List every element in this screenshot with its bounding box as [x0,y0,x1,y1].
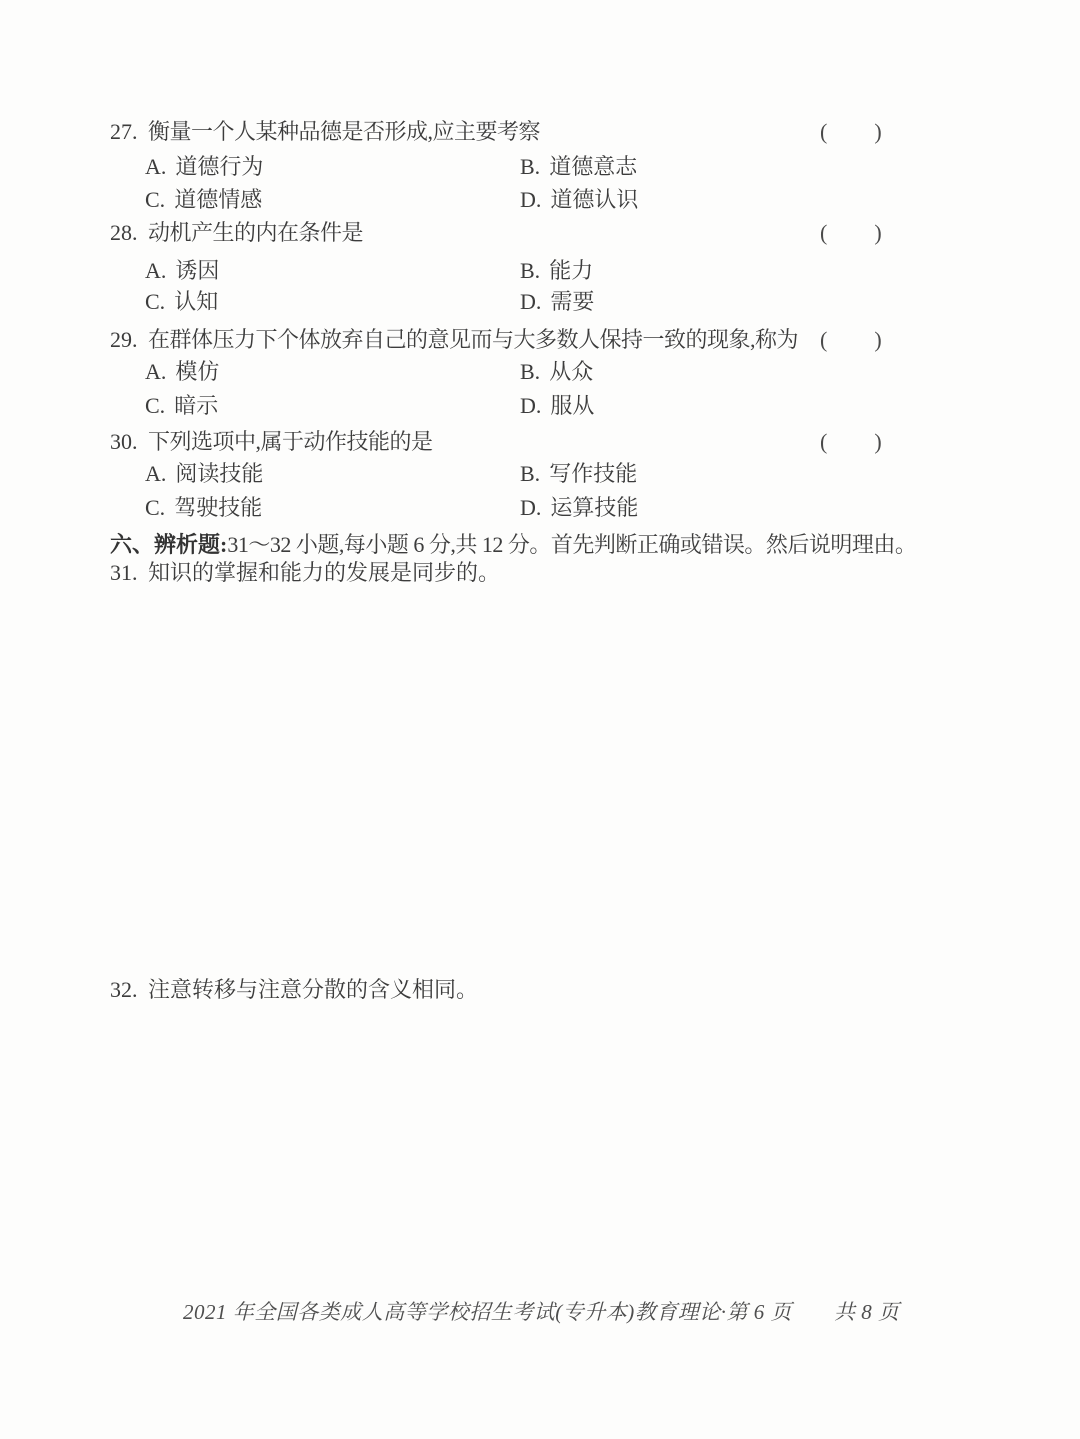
option-row: C. 道德情感 D. 道德认识 [0,183,1080,217]
question-text: 在群体压力下个体放弃自己的意见而与大多数人保持一致的现象,称为 [148,323,798,357]
option-c: C. 驾驶技能 [145,491,262,525]
question-31: 31. 知识的掌握和能力的发展是同步的。 [0,556,1080,590]
option-text: 驾驶技能 [174,491,262,525]
question-text: 衡量一个人某种品德是否形成,应主要考察 [148,115,540,149]
option-d: D. 道德认识 [520,183,638,217]
answer-brackets: ( ) [820,216,883,250]
option-b: B. 道德意志 [520,150,637,184]
question-text: 知识的掌握和能力的发展是同步的。 [148,556,500,590]
option-text: 写作技能 [549,457,637,491]
option-c: C. 认知 [145,285,218,319]
option-label: B. [520,254,540,288]
question-number: 28. [110,216,138,250]
page-footer: 2021 年全国各类成人高等学校招生考试(专升本)教育理论·第 6 页 共 8 … [183,1295,899,1329]
option-text: 需要 [550,285,594,319]
question-text: 下列选项中,属于动作技能的是 [148,425,433,459]
option-label: A. [145,457,166,491]
option-text: 模仿 [175,355,219,389]
option-label: B. [520,355,540,389]
option-text: 道德认识 [550,183,638,217]
option-c: C. 道德情感 [145,183,262,217]
option-label: D. [520,285,541,319]
option-label: D. [520,491,541,525]
footer-total-pages: 共 8 页 [834,1295,900,1329]
option-a: A. 道德行为 [145,150,263,184]
option-label: C. [145,183,165,217]
option-a: A. 模仿 [145,355,219,389]
option-d: D. 需要 [520,285,594,319]
option-row: C. 暗示 D. 服从 [0,389,1080,423]
option-d: D. 运算技能 [520,491,638,525]
option-label: C. [145,491,165,525]
option-text: 运算技能 [550,491,638,525]
option-row: A. 阅读技能 B. 写作技能 [0,457,1080,491]
option-text: 能力 [549,254,593,288]
option-row: C. 驾驶技能 D. 运算技能 [0,491,1080,525]
option-label: D. [520,389,541,423]
option-text: 服从 [550,389,594,423]
option-row: A. 诱因 B. 能力 [0,254,1080,288]
exam-page: 27. 衡量一个人某种品德是否形成,应主要考察 ( ) A. 道德行为 B. 道… [0,0,1080,1439]
question-number: 32. [110,973,138,1007]
option-d: D. 服从 [520,389,594,423]
option-label: A. [145,150,166,184]
option-label: B. [520,457,540,491]
option-label: C. [145,285,165,319]
option-c: C. 暗示 [145,389,218,423]
option-label: B. [520,150,540,184]
option-a: A. 诱因 [145,254,219,288]
option-text: 暗示 [174,389,218,423]
question-number: 29. [110,323,138,357]
option-a: A. 阅读技能 [145,457,263,491]
question-text: 注意转移与注意分散的含义相同。 [148,973,478,1007]
question-text: 动机产生的内在条件是 [148,216,363,250]
option-text: 道德情感 [174,183,262,217]
option-b: B. 能力 [520,254,593,288]
option-label: C. [145,389,165,423]
question-number: 27. [110,115,138,149]
answer-brackets: ( ) [820,425,883,459]
footer-exam-title: 2021 年全国各类成人高等学校招生考试(专升本)教育理论·第 6 页 [183,1295,792,1329]
question-32: 32. 注意转移与注意分散的含义相同。 [0,973,1080,1007]
question-29: 29. 在群体压力下个体放弃自己的意见而与大多数人保持一致的现象,称为 ( ) [0,323,1080,357]
question-28: 28. 动机产生的内在条件是 ( ) [0,216,1080,250]
answer-brackets: ( ) [820,323,883,357]
option-text: 诱因 [175,254,219,288]
option-text: 道德意志 [549,150,637,184]
question-27: 27. 衡量一个人某种品德是否形成,应主要考察 ( ) [0,115,1080,149]
question-number: 31. [110,556,138,590]
answer-brackets: ( ) [820,115,883,149]
question-30: 30. 下列选项中,属于动作技能的是 ( ) [0,425,1080,459]
option-row: A. 道德行为 B. 道德意志 [0,150,1080,184]
option-b: B. 从众 [520,355,593,389]
option-row: A. 模仿 B. 从众 [0,355,1080,389]
option-text: 阅读技能 [175,457,263,491]
option-text: 道德行为 [175,150,263,184]
option-b: B. 写作技能 [520,457,637,491]
option-row: C. 认知 D. 需要 [0,285,1080,319]
question-number: 30. [110,425,138,459]
option-label: D. [520,183,541,217]
option-text: 认知 [174,285,218,319]
option-label: A. [145,254,166,288]
option-label: A. [145,355,166,389]
option-text: 从众 [549,355,593,389]
